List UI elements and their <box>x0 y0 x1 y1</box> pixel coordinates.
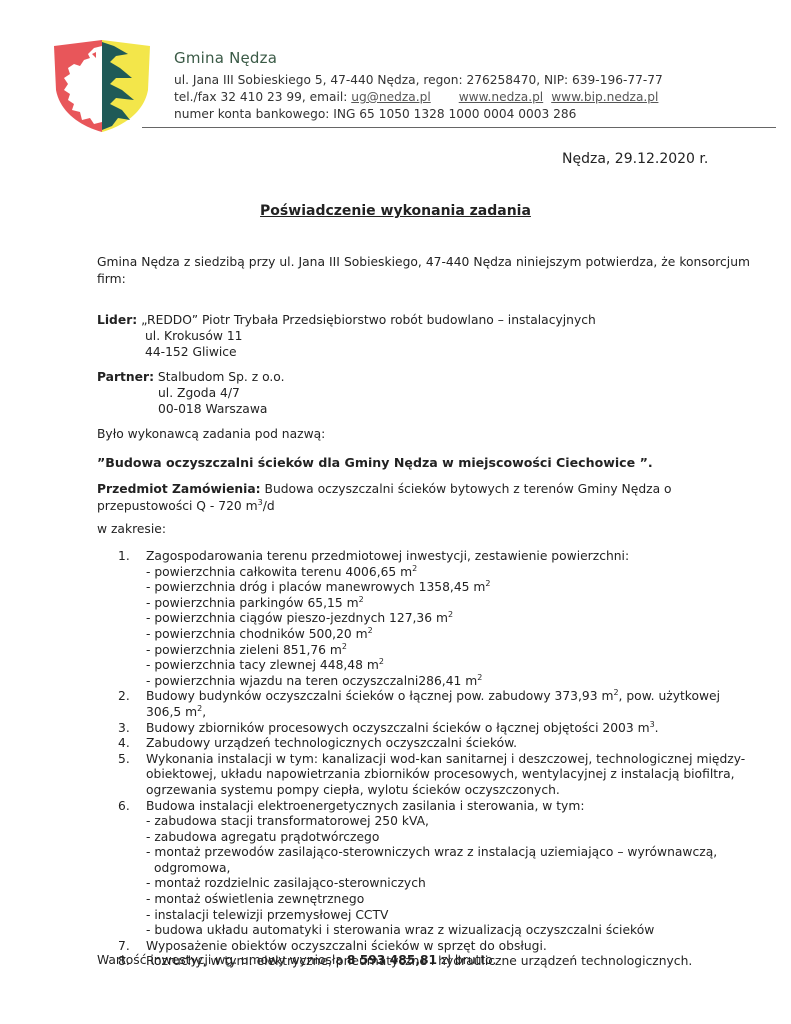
value-amount: 8 593 485,81 <box>347 953 437 967</box>
subitem: - montaż rozdzielnic zasilająco-sterowni… <box>146 876 758 892</box>
subitem: - zabudowa agregatu prądotwórczego <box>146 830 758 846</box>
scope-item: 4. Zabudowy urządzeń technologicznych oc… <box>118 736 758 752</box>
address-line: ul. Jana III Sobieskiego 5, 47-440 Nędza… <box>174 73 663 87</box>
investment-value: Wartość inwestycji wg. umowy wyniosła 8 … <box>97 953 496 967</box>
subitem: - powierzchnia wjazdu na teren oczyszcza… <box>146 674 758 690</box>
partner-street: ul. Zgoda 4/7 <box>97 385 285 401</box>
leader-block: Lider: „REDDO” Piotr Trybała Przedsiębio… <box>97 312 596 360</box>
subject-label: Przedmiot Zamówienia: <box>97 482 261 496</box>
contact-prefix: tel./fax 32 410 23 99, email: <box>174 90 351 104</box>
item-number: 5. <box>118 752 130 768</box>
value-prefix: Wartość inwestycji wg. umowy wyniosła <box>97 953 347 967</box>
contact-line: tel./fax 32 410 23 99, email: ug@nedza.p… <box>174 90 658 104</box>
bip-website-link[interactable]: www.bip.nedza.pl <box>551 90 658 104</box>
subitem: - budowa układu automatyki i sterowania … <box>146 923 758 939</box>
leader-street: ul. Krokusów 11 <box>97 328 596 344</box>
scope-item: 3. Budowy zbiorników procesowych oczyszc… <box>118 721 758 737</box>
leader-city: 44-152 Gliwice <box>97 344 596 360</box>
value-suffix: zł brutto. <box>437 953 496 967</box>
leader-name: „REDDO” Piotr Trybała Przedsiębiorstwo r… <box>137 313 596 327</box>
partner-city: 00-018 Warszawa <box>97 401 285 417</box>
item-text: Wykonania instalacji w tym: kanalizacji … <box>146 752 745 797</box>
subitem: - powierzchnia parkingów 65,15 m2 <box>146 596 758 612</box>
bank-account-line: numer konta bankowego: ING 65 1050 1328 … <box>174 107 576 121</box>
letterhead-divider <box>142 127 776 128</box>
subitem: - powierzchnia tacy zlewnej 448,48 m2 <box>146 658 758 674</box>
leader-label: Lider: <box>97 313 137 327</box>
intro-paragraph: Gmina Nędza z siedzibą przy ul. Jana III… <box>97 254 750 288</box>
subitem: - powierzchnia zieleni 851,76 m2 <box>146 643 758 659</box>
subitem: - powierzchnia chodników 500,20 m2 <box>146 627 758 643</box>
document-page: Gmina Nędza ul. Jana III Sobieskiego 5, … <box>0 0 791 1024</box>
scope-label: w zakresie: <box>97 522 166 536</box>
email-link[interactable]: ug@nedza.pl <box>351 90 430 104</box>
website-link[interactable]: www.nedza.pl <box>459 90 543 104</box>
item-text: Zagospodarowania terenu przedmiotowej in… <box>146 549 629 563</box>
organization-name: Gmina Nędza <box>174 49 277 67</box>
subitem: - instalacji telewizji przemysłowej CCTV <box>146 908 758 924</box>
partner-label: Partner: <box>97 370 154 384</box>
scope-item: 1. Zagospodarowania terenu przedmiotowej… <box>118 549 758 689</box>
subitem: - powierzchnia ciągów pieszo-jezdnych 12… <box>146 611 758 627</box>
subitem: - montaż oświetlenia zewnętrznego <box>146 892 758 908</box>
scope-item: 5. Wykonania instalacji w tym: kanalizac… <box>118 752 758 799</box>
scope-list: 1. Zagospodarowania terenu przedmiotowej… <box>118 549 758 970</box>
item-number: 2. <box>118 689 130 705</box>
subitem: - montaż przewodów zasilająco-sterownicz… <box>146 845 758 861</box>
item-text: Wyposażenie obiektów oczyszczalni ściekó… <box>146 939 547 953</box>
item-text: Budowy zbiorników procesowych oczyszczal… <box>146 721 650 735</box>
item-number: 1. <box>118 549 130 565</box>
subitem: - powierzchnia dróg i placów manewrowych… <box>146 580 758 596</box>
item-number: 4. <box>118 736 130 752</box>
subitem: odgromowa, <box>146 861 758 877</box>
item-text: Budowa instalacji elektroenergetycznych … <box>146 799 584 813</box>
partner-block: Partner: Stalbudom Sp. z o.o. ul. Zgoda … <box>97 369 285 417</box>
document-date: Nędza, 29.12.2020 r. <box>562 151 708 167</box>
scope-item: 2. Budowy budynków oczyszczalni ścieków … <box>118 689 758 720</box>
document-title: Poświadczenie wykonania zadania <box>0 203 791 219</box>
task-name: ”Budowa oczyszczalni ścieków dla Gminy N… <box>97 455 653 470</box>
partner-name: Stalbudom Sp. z o.o. <box>154 370 285 384</box>
coat-of-arms-icon <box>50 38 154 134</box>
subject-paragraph: Przedmiot Zamówienia: Budowa oczyszczaln… <box>97 481 687 515</box>
subitem: - powierzchnia całkowita terenu 4006,65 … <box>146 565 758 581</box>
item-number: 3. <box>118 721 130 737</box>
unit-tail: /d <box>263 499 275 513</box>
contractor-intro: Było wykonawcą zadania pod nazwą: <box>97 427 325 441</box>
item-number: 6. <box>118 799 130 815</box>
item-text: Zabudowy urządzeń technologicznych oczys… <box>146 736 517 750</box>
scope-item: 6. Budowa instalacji elektroenergetyczny… <box>118 799 758 939</box>
item-text: Budowy budynków oczyszczalni ścieków o ł… <box>146 689 613 703</box>
subitem: - zabudowa stacji transformatorowej 250 … <box>146 814 758 830</box>
